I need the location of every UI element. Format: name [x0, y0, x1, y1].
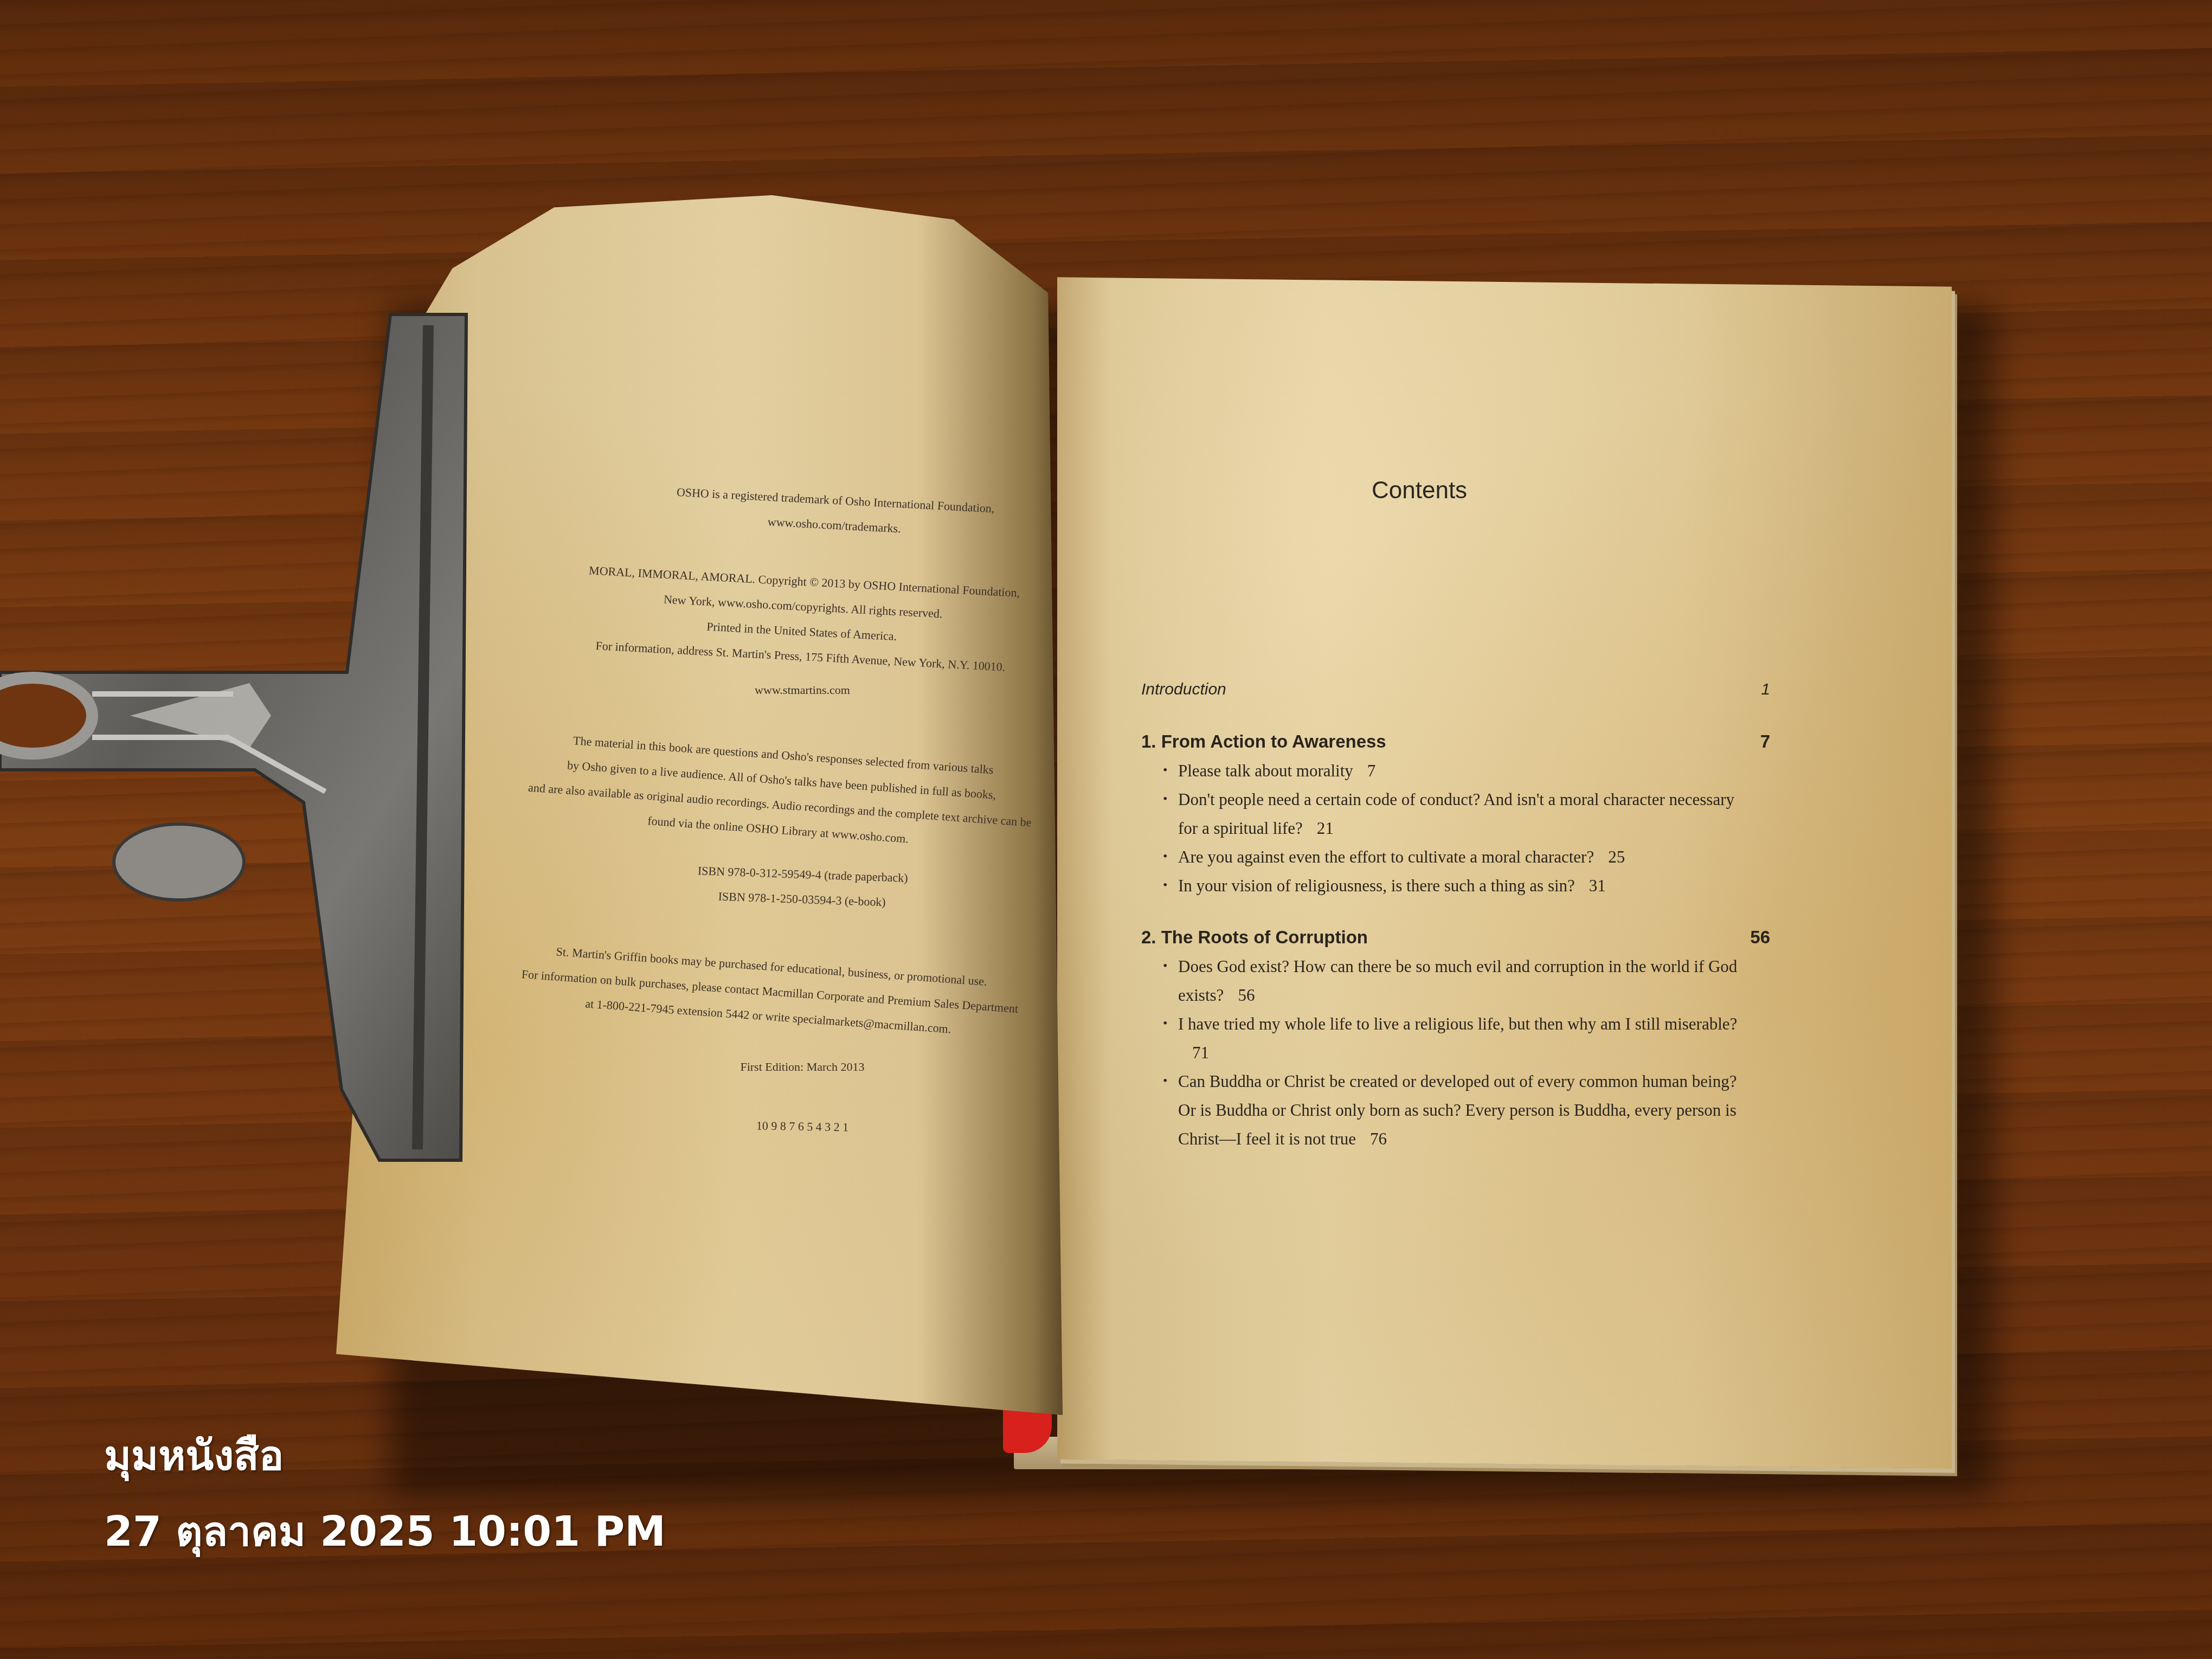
chapter-2-questions: Does God exist? How can there be so much…: [1141, 952, 1770, 1153]
printing-line: 10 9 8 7 6 5 4 3 2 1: [667, 1112, 938, 1142]
printing-numbers: 10 9 8 7 6 5 4 3 2 1: [667, 1112, 938, 1142]
toc-chapter-2: 2. The Roots of Corruption 56: [1141, 927, 1770, 948]
toc-introduction-label: Introduction: [1141, 680, 1226, 699]
bulldog-clip: [0, 304, 477, 1182]
toc-question: Please talk about morality7: [1163, 756, 1753, 785]
copyright-line: www.stmartins.com: [694, 678, 911, 703]
question-page: 25: [1608, 847, 1625, 866]
question-text: In your vision of religiousness, is ther…: [1178, 876, 1575, 895]
toc-introduction-page: 1: [1761, 680, 1770, 699]
clip-icon: [0, 304, 477, 1182]
watermark-title: มุมหนังสือ: [104, 1423, 284, 1488]
toc-question: I have tried my whole life to live a rel…: [1163, 1009, 1753, 1067]
question-page: 56: [1238, 986, 1255, 1005]
chapter-page: 7: [1760, 731, 1770, 752]
chapter-title: 1. From Action to Awareness: [1141, 731, 1386, 752]
question-page: 7: [1367, 761, 1376, 780]
toc-question: Are you against even the effort to culti…: [1163, 843, 1753, 871]
toc-question: Don't people need a certain code of cond…: [1163, 785, 1753, 843]
toc-question: Does God exist? How can there be so much…: [1163, 952, 1753, 1009]
question-text: Can Buddha or Christ be created or devel…: [1178, 1072, 1737, 1148]
question-text: Don't people need a certain code of cond…: [1178, 790, 1734, 838]
question-page: 31: [1589, 876, 1606, 895]
question-page: 76: [1370, 1129, 1387, 1148]
chapter-page: 56: [1750, 927, 1770, 948]
toc-question: In your vision of religiousness, is ther…: [1163, 871, 1753, 900]
table-of-contents: Introduction 1 1. From Action to Awarene…: [1141, 680, 1770, 1180]
contents-heading: Contents: [1372, 477, 1467, 504]
watermark-timestamp: 27 ตุลาคม 2025 10:01 PM: [104, 1499, 666, 1564]
toc-chapter-1: 1. From Action to Awareness 7: [1141, 731, 1770, 752]
toc-introduction: Introduction 1: [1141, 680, 1770, 699]
chapter-title: 2. The Roots of Corruption: [1141, 927, 1368, 948]
question-text: I have tried my whole life to live a rel…: [1178, 1014, 1737, 1033]
edition-line: First Edition: March 2013: [667, 1054, 938, 1079]
chapter-1-questions: Please talk about morality7 Don't people…: [1141, 756, 1770, 900]
edition-text: First Edition: March 2013: [667, 1054, 938, 1079]
publisher-url: www.stmartins.com: [694, 678, 911, 703]
question-page: 21: [1317, 819, 1334, 838]
toc-question: Can Buddha or Christ be created or devel…: [1163, 1067, 1753, 1153]
question-page: 71: [1192, 1043, 1209, 1062]
question-text: Does God exist? How can there be so much…: [1178, 957, 1737, 1005]
question-text: Are you against even the effort to culti…: [1178, 847, 1594, 866]
question-text: Please talk about morality: [1178, 761, 1353, 780]
